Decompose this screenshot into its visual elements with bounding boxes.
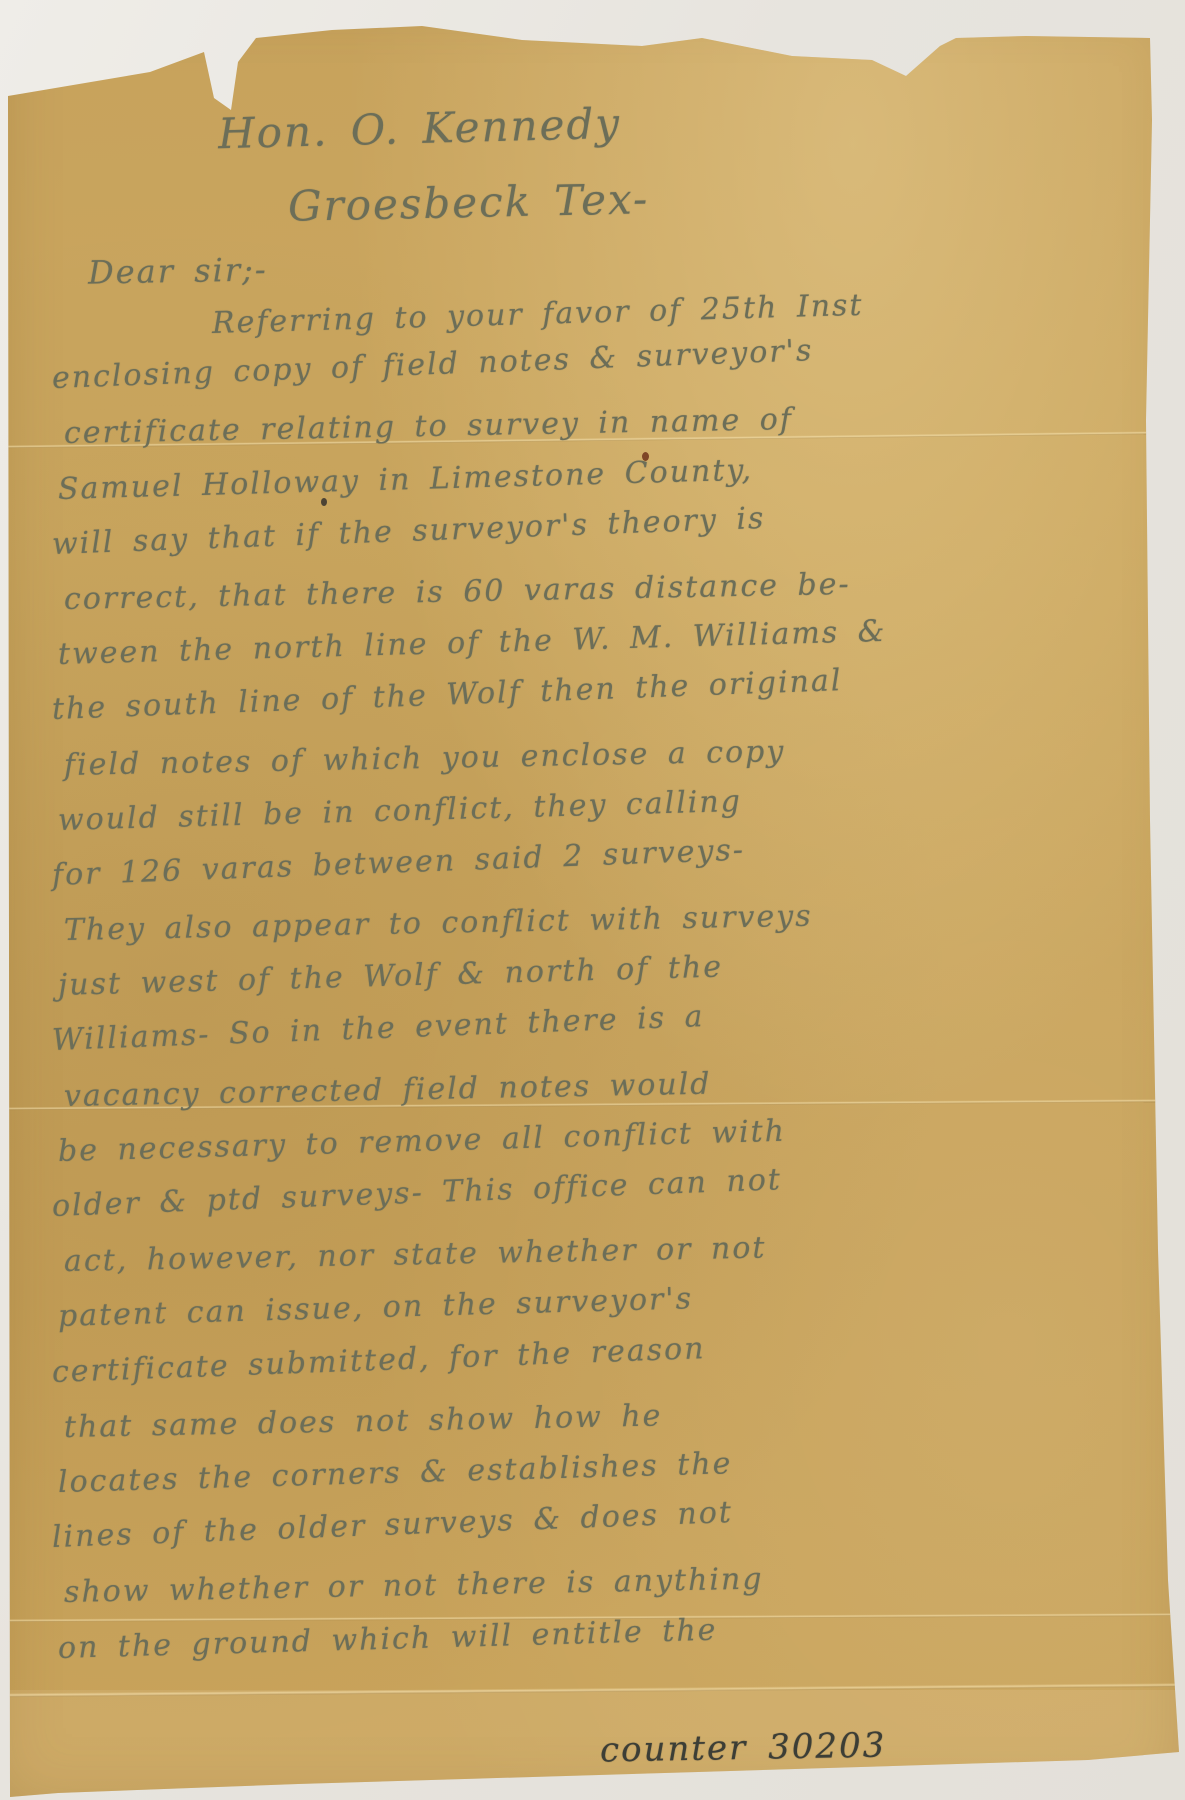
salutation-line: Dear sir;- xyxy=(88,250,268,291)
letter-body: Referring to your favor of 25th Inst enc… xyxy=(52,296,1132,1676)
archive-counter-number: counter 30203 xyxy=(600,1726,887,1771)
location-line: Groesbeck Tex- xyxy=(288,174,650,231)
recipient-line: Hon. O. Kennedy xyxy=(217,99,621,159)
letter-paper: Hon. O. Kennedy Groesbeck Tex- Dear sir;… xyxy=(0,0,1185,1800)
